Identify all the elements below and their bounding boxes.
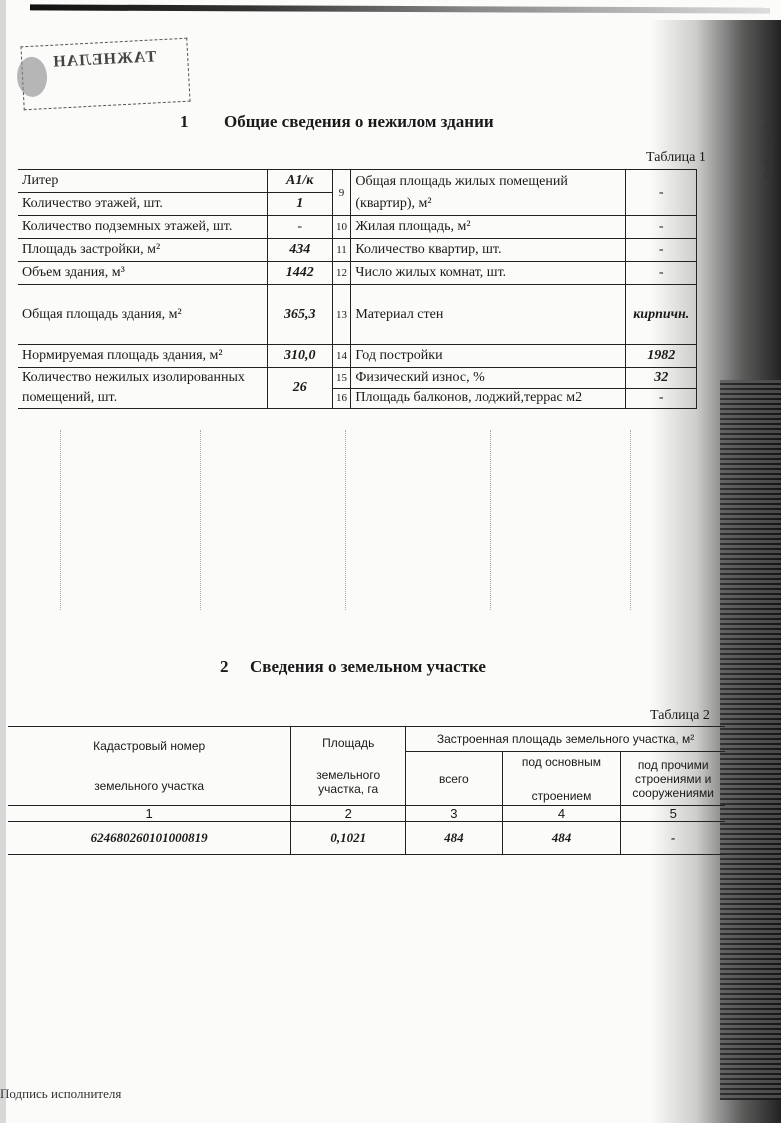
column-number-row: 1 2 3 4 5 [8, 806, 725, 822]
section-2-number: 2 [220, 657, 250, 677]
cell-row-number: 10 [332, 216, 351, 239]
column-number: 2 [291, 806, 406, 822]
header-text: под основным [506, 755, 618, 769]
table-row: Количество подземных этажей, шт. - 10 Жи… [18, 216, 697, 239]
cell-row-number: 11 [332, 239, 351, 262]
stamp: ТАЖНЕЛАН [20, 38, 190, 111]
header-text: Площадь [294, 736, 402, 750]
scan-top-edge [30, 4, 770, 13]
cell-label: Общая площадь здания, м² [18, 285, 267, 345]
cell-label: Количество нежилых изолированных помещен… [18, 368, 267, 409]
cell-value: 365,3 [267, 285, 332, 345]
cell-label: Количество этажей, шт. [18, 193, 267, 216]
table-row: Литер А1/к 9 Общая площадь жилых помещен… [18, 170, 697, 193]
cell-label: Площадь балконов, лоджий,террас м2 [351, 388, 626, 409]
column-number: 3 [406, 806, 502, 822]
table-row: Нормируемая площадь здания, м² 310,0 14 … [18, 345, 697, 368]
land-plot-table: Кадастровый номер земельного участка Пло… [8, 726, 725, 855]
side-table-caption: Таблица 3 [762, 123, 776, 180]
cell-label: Число жилых комнат, шт. [351, 262, 626, 285]
cell-value: 434 [267, 239, 332, 262]
cell-value: 1 [267, 193, 332, 216]
header-total: всего [406, 752, 502, 806]
header-text: строением [506, 789, 618, 803]
table-row: Общая площадь здания, м² 365,3 13 Матери… [18, 285, 697, 345]
cell-value: 32 [626, 368, 697, 389]
cell-row-number: 16 [332, 388, 351, 409]
cell-row-number: 13 [332, 285, 351, 345]
cell-value: 310,0 [267, 345, 332, 368]
document-page: ТАЖНЕЛАН 1Общие сведения о нежилом здани… [0, 0, 781, 1123]
cell-row-number: 14 [332, 345, 351, 368]
cell-value: - [626, 388, 697, 409]
table-row: Количество нежилых изолированных помещен… [18, 368, 697, 389]
header-text: земельного участка [11, 779, 287, 793]
cell-value: 26 [267, 368, 332, 409]
cell-row-number: 12 [332, 262, 351, 285]
header-text: земельного участка, га [313, 768, 383, 796]
section-2-title: Сведения о земельном участке [250, 657, 486, 676]
table-row: Объем здания, м³ 1442 12 Число жилых ком… [18, 262, 697, 285]
table-row: 624680260101000819 0,1021 484 484 - [8, 822, 725, 855]
column-number: 1 [8, 806, 291, 822]
cell-label: Объем здания, м³ [18, 262, 267, 285]
cell-main: 484 [502, 822, 621, 855]
header-other-buildings: под прочими строениями и сооружениями [621, 752, 725, 806]
cell-other: - [621, 822, 725, 855]
cell-value: - [626, 170, 697, 216]
table-1-caption: Таблица 1 [646, 150, 706, 166]
column-number: 5 [621, 806, 725, 822]
cell-value: 1442 [267, 262, 332, 285]
cell-label: Площадь застройки, м² [18, 239, 267, 262]
section-1-number: 1 [180, 112, 224, 132]
cell-label: Год постройки [351, 345, 626, 368]
cell-total: 484 [406, 822, 502, 855]
cell-value: А1/к [267, 170, 332, 193]
cell-label: Количество подземных этажей, шт. [18, 216, 267, 239]
cell-label: Жилая площадь, м² [351, 216, 626, 239]
header-built-area: Застроенная площадь земельного участка, … [406, 727, 725, 752]
stamp-smudge [16, 56, 48, 98]
header-row: Кадастровый номер земельного участка Пло… [8, 727, 725, 752]
cell-row-number: 15 [332, 368, 351, 389]
cell-value: 1982 [626, 345, 697, 368]
cell-row-number: 9 [332, 170, 351, 216]
header-cadastral: Кадастровый номер земельного участка [8, 727, 291, 806]
table-row: Площадь застройки, м² 434 11 Количество … [18, 239, 697, 262]
header-main-building: под основным строением [502, 752, 621, 806]
section-1-heading: 1Общие сведения о нежилом здании [180, 112, 494, 132]
cell-label: Нормируемая площадь здания, м² [18, 345, 267, 368]
section-2-heading: 2Сведения о земельном участке [220, 657, 486, 677]
cell-value: кирпичн. [626, 285, 697, 345]
header-text: Кадастровый номер [11, 739, 287, 753]
cell-label: Физический износ, % [351, 368, 626, 389]
cell-area: 0,1021 [291, 822, 406, 855]
signature-label: Подпись исполнителя [0, 1086, 121, 1102]
cell-label: Общая площадь жилых помещений (квартир),… [351, 170, 626, 216]
cell-cadastral-number: 624680260101000819 [8, 822, 291, 855]
cell-value: - [626, 262, 697, 285]
stamp-text: ТАЖНЕЛАН [52, 48, 157, 71]
cell-value: - [267, 216, 332, 239]
scan-binding-edge [720, 380, 781, 1100]
section-1-title: Общие сведения о нежилом здании [224, 112, 494, 131]
table-2-caption: Таблица 2 [650, 708, 710, 724]
cell-label: Литер [18, 170, 267, 193]
cell-label: Материал стен [351, 285, 626, 345]
cell-label: Количество квартир, шт. [351, 239, 626, 262]
column-number: 4 [502, 806, 621, 822]
building-info-table: Литер А1/к 9 Общая площадь жилых помещен… [18, 169, 697, 409]
cell-value: - [626, 216, 697, 239]
cell-value: - [626, 239, 697, 262]
header-area: Площадь земельного участка, га [291, 727, 406, 806]
scan-artifact-lines [0, 430, 650, 610]
